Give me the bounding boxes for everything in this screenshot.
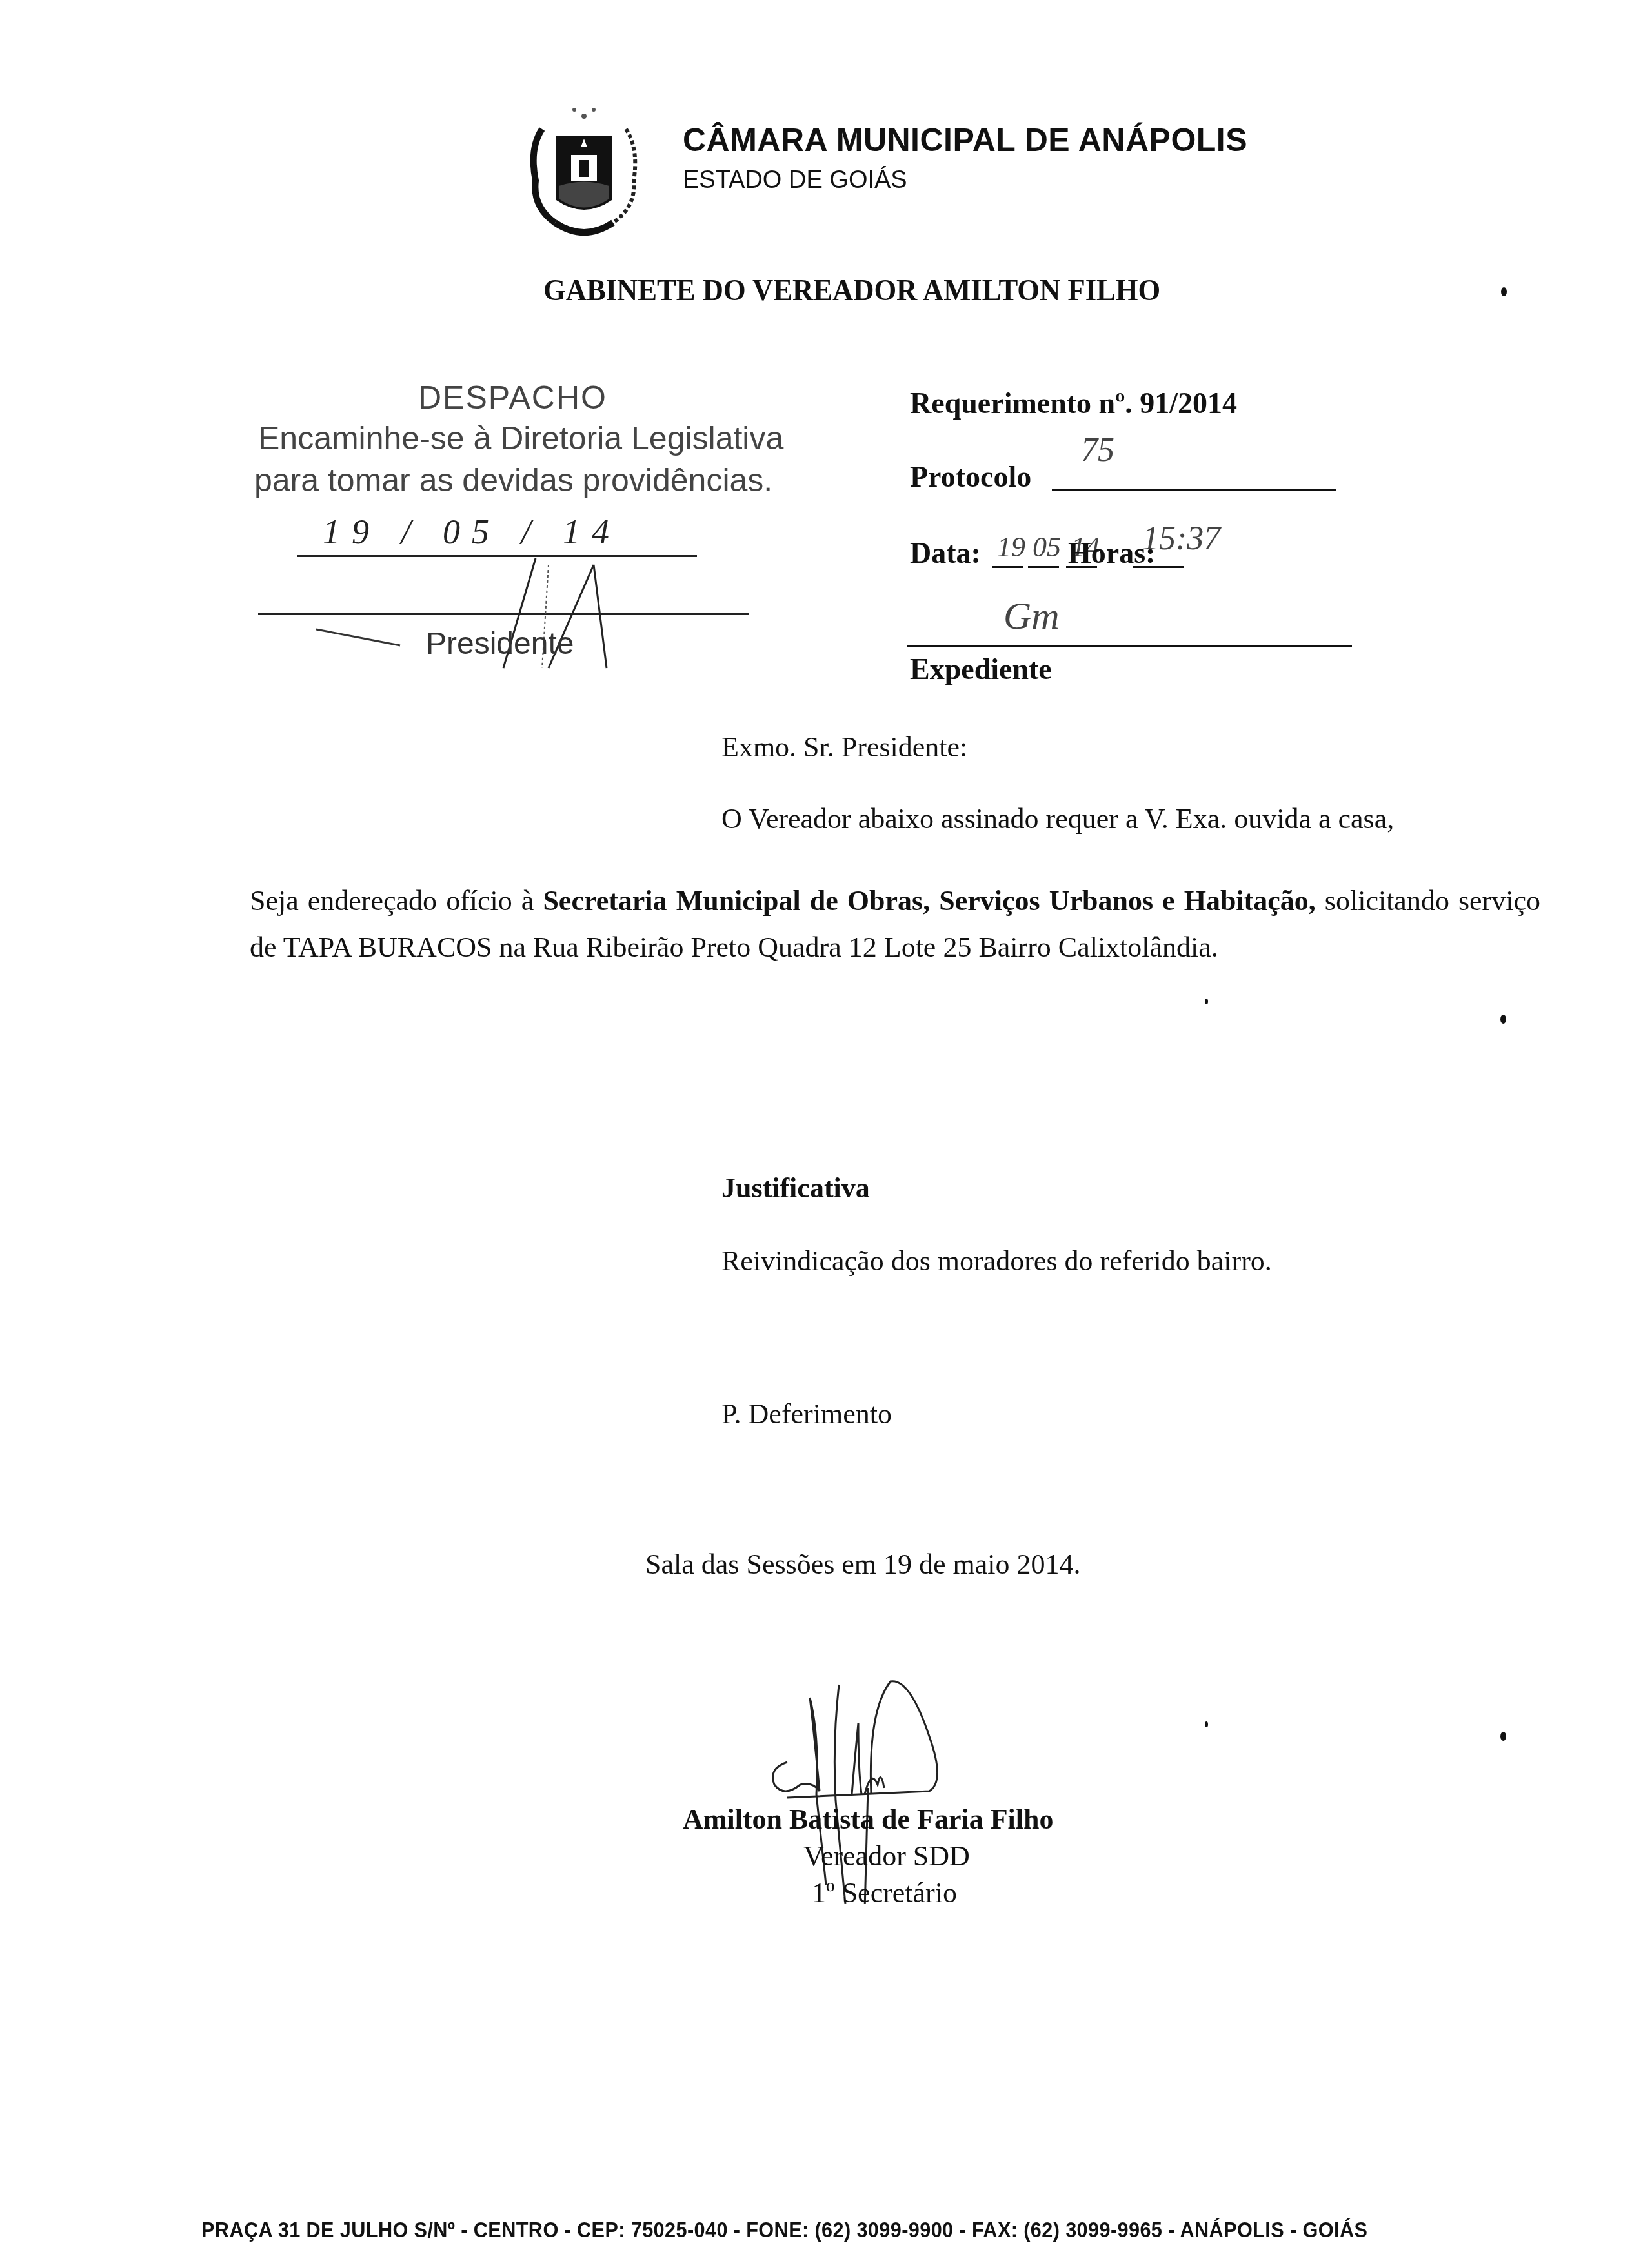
justification-heading: Justificativa [721, 1172, 870, 1204]
protocol-label: Protocolo [910, 460, 1031, 494]
scan-speck [1500, 1732, 1506, 1741]
request-recipient: Secretaria Municipal de Obras, Serviços … [543, 885, 1315, 917]
scan-speck [1501, 287, 1507, 296]
date-month-line [1028, 566, 1059, 568]
protocol-field-line [1052, 489, 1336, 491]
justification-text: Reivindicação dos moradores do referido … [721, 1244, 1272, 1277]
request-prefix: Seja endereçado ofício à [250, 885, 543, 917]
hours-handwritten: 15:37 [1142, 520, 1220, 558]
closing-text: P. Deferimento [721, 1397, 892, 1430]
expediente-signature-line [907, 645, 1352, 647]
signer-name: Amilton Batista de Faria Filho [683, 1803, 1053, 1836]
handwritten-signature-icon [723, 1672, 1045, 1814]
date-day-line [992, 566, 1023, 568]
intro-paragraph: O Vereador abaixo assinado requer a V. E… [721, 802, 1394, 835]
date-label: Data: [910, 536, 981, 570]
footer-address: PRAÇA 31 DE JULHO S/Nº - CENTRO - CEP: 7… [201, 2218, 1367, 2242]
office-title: GABINETE DO VEREADOR AMILTON FILHO [543, 273, 1160, 307]
despacho-president-label: Presidente [426, 626, 574, 662]
scan-speck [1500, 1015, 1506, 1024]
date-day-handwritten: 19 [997, 531, 1025, 563]
date-month-handwritten: 05 [1032, 531, 1061, 563]
despacho-stamp: DESPACHO Encaminhe-se à Diretoria Legisl… [245, 371, 774, 681]
coat-of-arms-icon [516, 90, 652, 245]
protocol-handwritten-number: 75 [1081, 431, 1114, 469]
expediente-label: Expediente [910, 652, 1052, 686]
salutation: Exmo. Sr. Presidente: [721, 731, 967, 764]
place-and-date: Sala das Sessões em 19 de maio 2014. [645, 1548, 1081, 1581]
expediente-initials: Gm [1003, 594, 1060, 638]
signer-title: 1º Secretário [812, 1876, 957, 1909]
scan-speck [1205, 1721, 1208, 1727]
scan-speck [1205, 999, 1208, 1004]
organization-state: ESTADO DE GOIÁS [683, 167, 907, 194]
organization-name: CÂMARA MUNICIPAL DE ANÁPOLIS [683, 121, 1247, 159]
requirement-number: Requerimento nº. 91/2014 [910, 386, 1237, 420]
signer-role: Vereador SDD [803, 1840, 970, 1872]
hours-line [1133, 566, 1184, 568]
request-paragraph: Seja endereçado ofício à Secretaria Muni… [250, 878, 1540, 971]
